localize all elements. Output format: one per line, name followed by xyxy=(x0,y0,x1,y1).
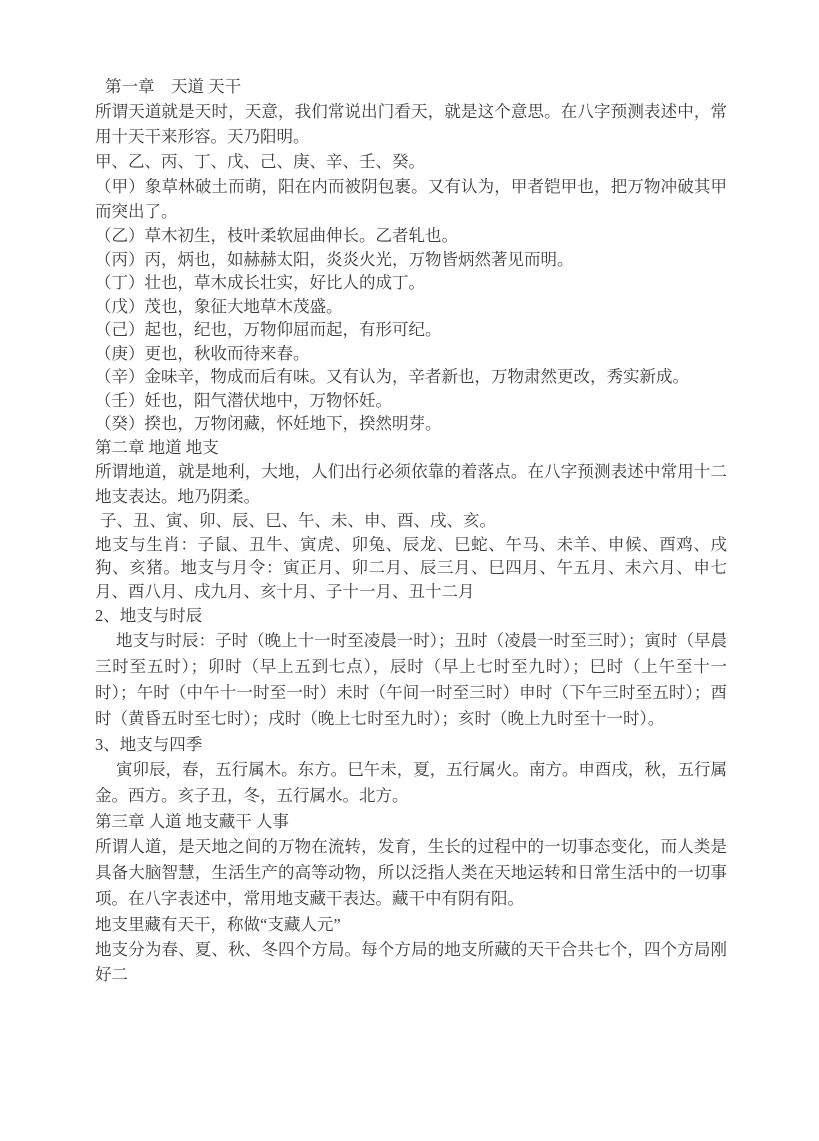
branch-seasons-paragraph: 寅卯辰，春，五行属木。东方。巳午未，夏，五行属火。南方。申酉戌，秋，五行属金。西… xyxy=(95,757,727,809)
stem-entry-bing: （丙）丙，炳也，如赫赫太阳，炎炎火光，万物皆炳然著见而明。 xyxy=(95,248,727,272)
chapter1-intro: 所谓天道就是天时，天意，我们常说出门看天，就是这个意思。在八字预测表述中，常用十… xyxy=(95,99,727,149)
chapter2-intro: 所谓地道，就是地利，大地，人们出行必须依靠的着落点。在八字预测表述中常用十二地支… xyxy=(95,459,727,509)
section2-heading: 2、地支与时辰 xyxy=(95,603,727,628)
stem-entry-wu: （戊）茂也，象征大地草木茂盛。 xyxy=(95,295,727,319)
stem-entry-xin: （辛）金味辛，物成而后有味。又有认为，辛者新也，万物肃然更改，秀实新成。 xyxy=(95,365,727,389)
zodiac-and-months-paragraph: 地支与生肖：子鼠、丑牛、寅虎、卯兔、辰龙、巳蛇、午马、未羊、申候、酉鸡、戌狗、亥… xyxy=(95,533,727,604)
hidden-stems-line2: 地支分为春、夏、秋、冬四个方局。每个方局的地支所藏的天干合共七个，四个方局刚好二 xyxy=(95,937,727,987)
stem-entry-ji: （己）起也，纪也，万物仰屈而起，有形可纪。 xyxy=(95,318,727,342)
hidden-stems-line1: 地支里藏有天干，称做“支藏人元” xyxy=(95,912,727,937)
heavenly-stems-list: 甲、乙、丙、丁、戊、己、庚、辛、壬、癸。 xyxy=(95,149,727,174)
stem-entry-yi: （乙）草木初生，枝叶柔软屈曲伸长。乙者轧也。 xyxy=(95,224,727,248)
chapter3-heading: 第三章 人道 地支藏干 人事 xyxy=(95,809,727,834)
branch-hours-paragraph: 地支与时辰：子时（晚上十一时至凌晨一时）；丑时（凌晨一时至三时）；寅时（早晨三时… xyxy=(95,628,727,732)
earthly-branches-list: 子、丑、寅、卯、辰、巳、午、未、申、酉、戌、亥。 xyxy=(95,509,727,533)
chapter1-heading: 第一章 天道 天干 xyxy=(95,74,727,99)
stem-entry-gui: （癸）揆也，万物闭藏，怀妊地下，揆然明芽。 xyxy=(95,412,727,436)
document-page: 第一章 天道 天干 所谓天道就是天时，天意，我们常说出门看天，就是这个意思。在八… xyxy=(0,0,819,1141)
chapter3-intro: 所谓人道，是天地之间的万物在流转，发育，生长的过程中的一切事态变化，而人类是具备… xyxy=(95,834,727,912)
section3-heading: 3、地支与四季 xyxy=(95,732,727,757)
stem-entry-ding: （丁）壮也，草木成长壮实，好比人的成丁。 xyxy=(95,271,727,295)
stem-entry-geng: （庚）更也，秋收而待来春。 xyxy=(95,342,727,366)
chapter2-heading: 第二章 地道 地支 xyxy=(95,436,727,460)
stem-entry-ren: （壬）妊也，阳气潜伏地中，万物怀妊。 xyxy=(95,389,727,413)
stem-entry-jia: （甲）象草林破土而萌，阳在内而被阴包裹。又有认为，甲者铠甲也，把万物冲破其甲而突… xyxy=(95,174,727,224)
